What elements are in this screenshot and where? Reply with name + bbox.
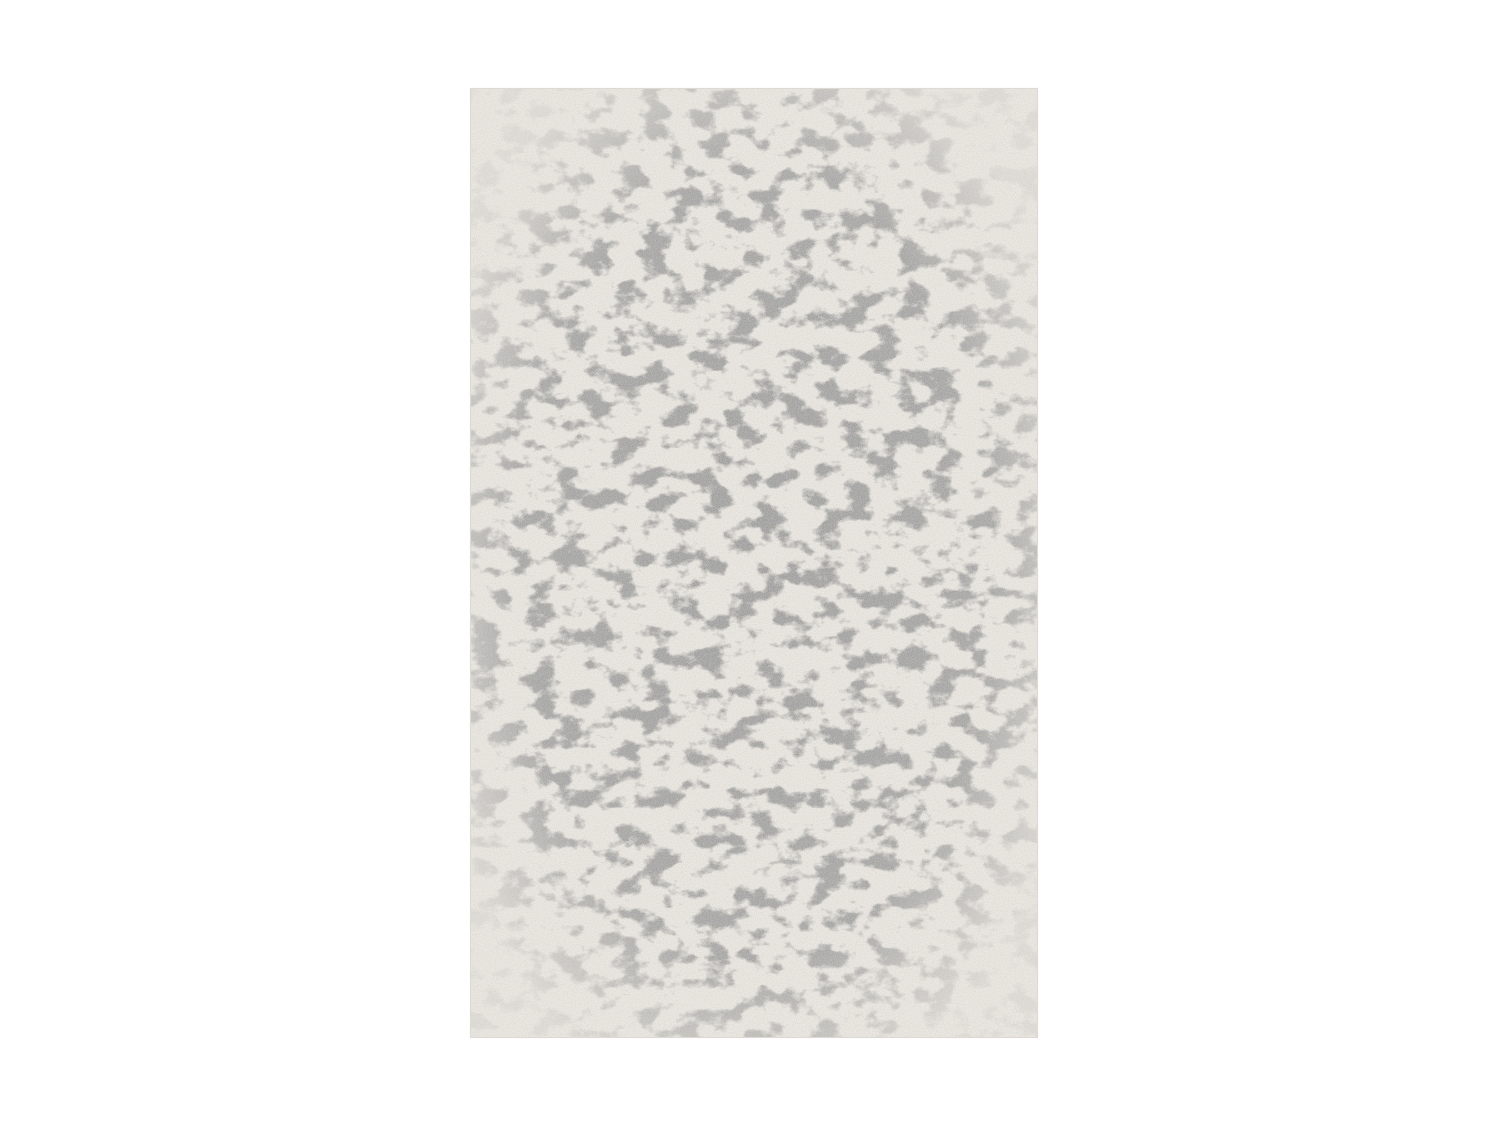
rug-product-image	[470, 88, 1038, 1038]
rug-pattern	[471, 89, 1037, 1037]
